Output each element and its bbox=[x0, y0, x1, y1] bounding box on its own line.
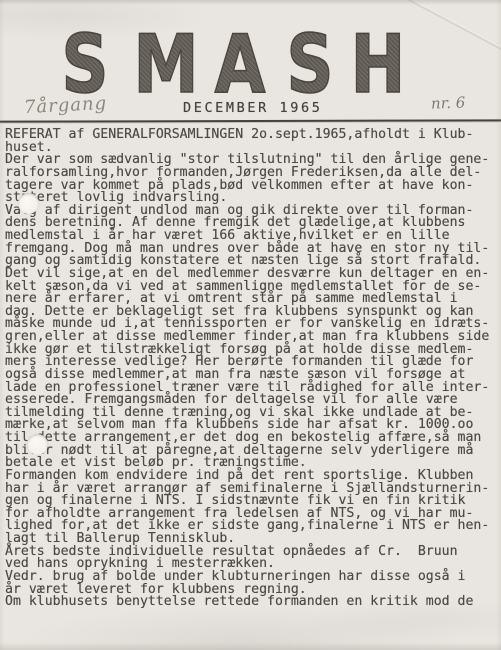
logo-letter-m: M bbox=[133, 19, 198, 100]
masthead-rule bbox=[0, 119, 501, 122]
body-text: REFERAT af GENERALFORSAMLINGEN 2o.sept.1… bbox=[5, 129, 499, 609]
hole-punch-bottom bbox=[27, 434, 48, 455]
logo-letter-s2: S bbox=[286, 19, 333, 100]
newsletter-page: S M A S H 7årgang DECEMBER 1965 nr. 6 RE… bbox=[0, 0, 501, 650]
issue-number-handwritten: nr. 6 bbox=[431, 93, 466, 112]
logo-letter-s1: S bbox=[61, 19, 108, 100]
logo-letter-h: H bbox=[351, 19, 406, 100]
logo-letter-a: A bbox=[215, 19, 266, 100]
hole-punch-top bbox=[18, 193, 39, 214]
smash-logo: S M A S H bbox=[0, 0, 501, 100]
volume-handwritten: 7årgang bbox=[24, 93, 108, 118]
issue-date: DECEMBER 1965 bbox=[183, 100, 322, 116]
